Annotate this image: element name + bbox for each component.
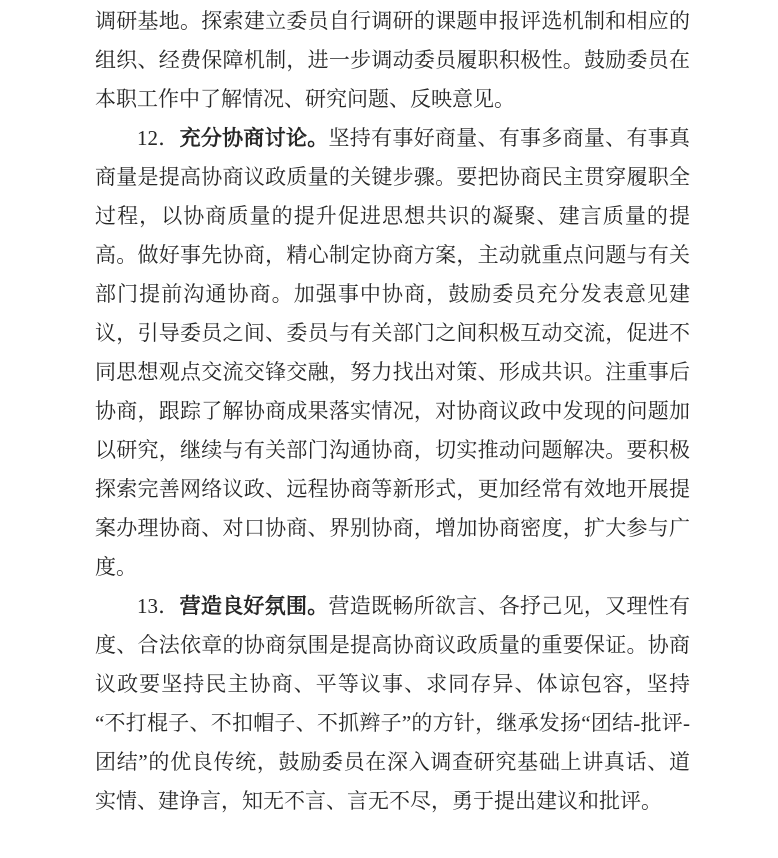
- document-page: 调研基地。探索建立委员自行调研的课题申报评选机制和相应的组织、经费保障机制，进一…: [0, 0, 778, 858]
- item-13-number: 13．: [137, 594, 180, 618]
- item-12-title: 充分协商讨论。: [180, 126, 329, 150]
- paragraph-continuation: 调研基地。探索建立委员自行调研的课题申报评选机制和相应的组织、经费保障机制，进一…: [95, 2, 690, 119]
- paragraph-item-13: 13．营造良好氛围。营造既畅所欲言、各抒己见，又理性有度、合法依章的协商氛围是提…: [95, 587, 690, 821]
- paragraph-item-12: 12．充分协商讨论。坚持有事好商量、有事多商量、有事真商量是提高协商议政质量的关…: [95, 119, 690, 587]
- item-13-body-text: 营造既畅所欲言、各抒己见，又理性有度、合法依章的协商氛围是提高协商议政质量的重要…: [95, 594, 690, 813]
- item-13-title: 营造良好氛围。: [180, 594, 329, 618]
- item-12-number: 12．: [137, 126, 180, 150]
- paragraph-continuation-text: 调研基地。探索建立委员自行调研的课题申报评选机制和相应的组织、经费保障机制，进一…: [95, 9, 690, 111]
- item-12-body-text: 坚持有事好商量、有事多商量、有事真商量是提高协商议政质量的关键步骤。要把协商民主…: [95, 126, 690, 579]
